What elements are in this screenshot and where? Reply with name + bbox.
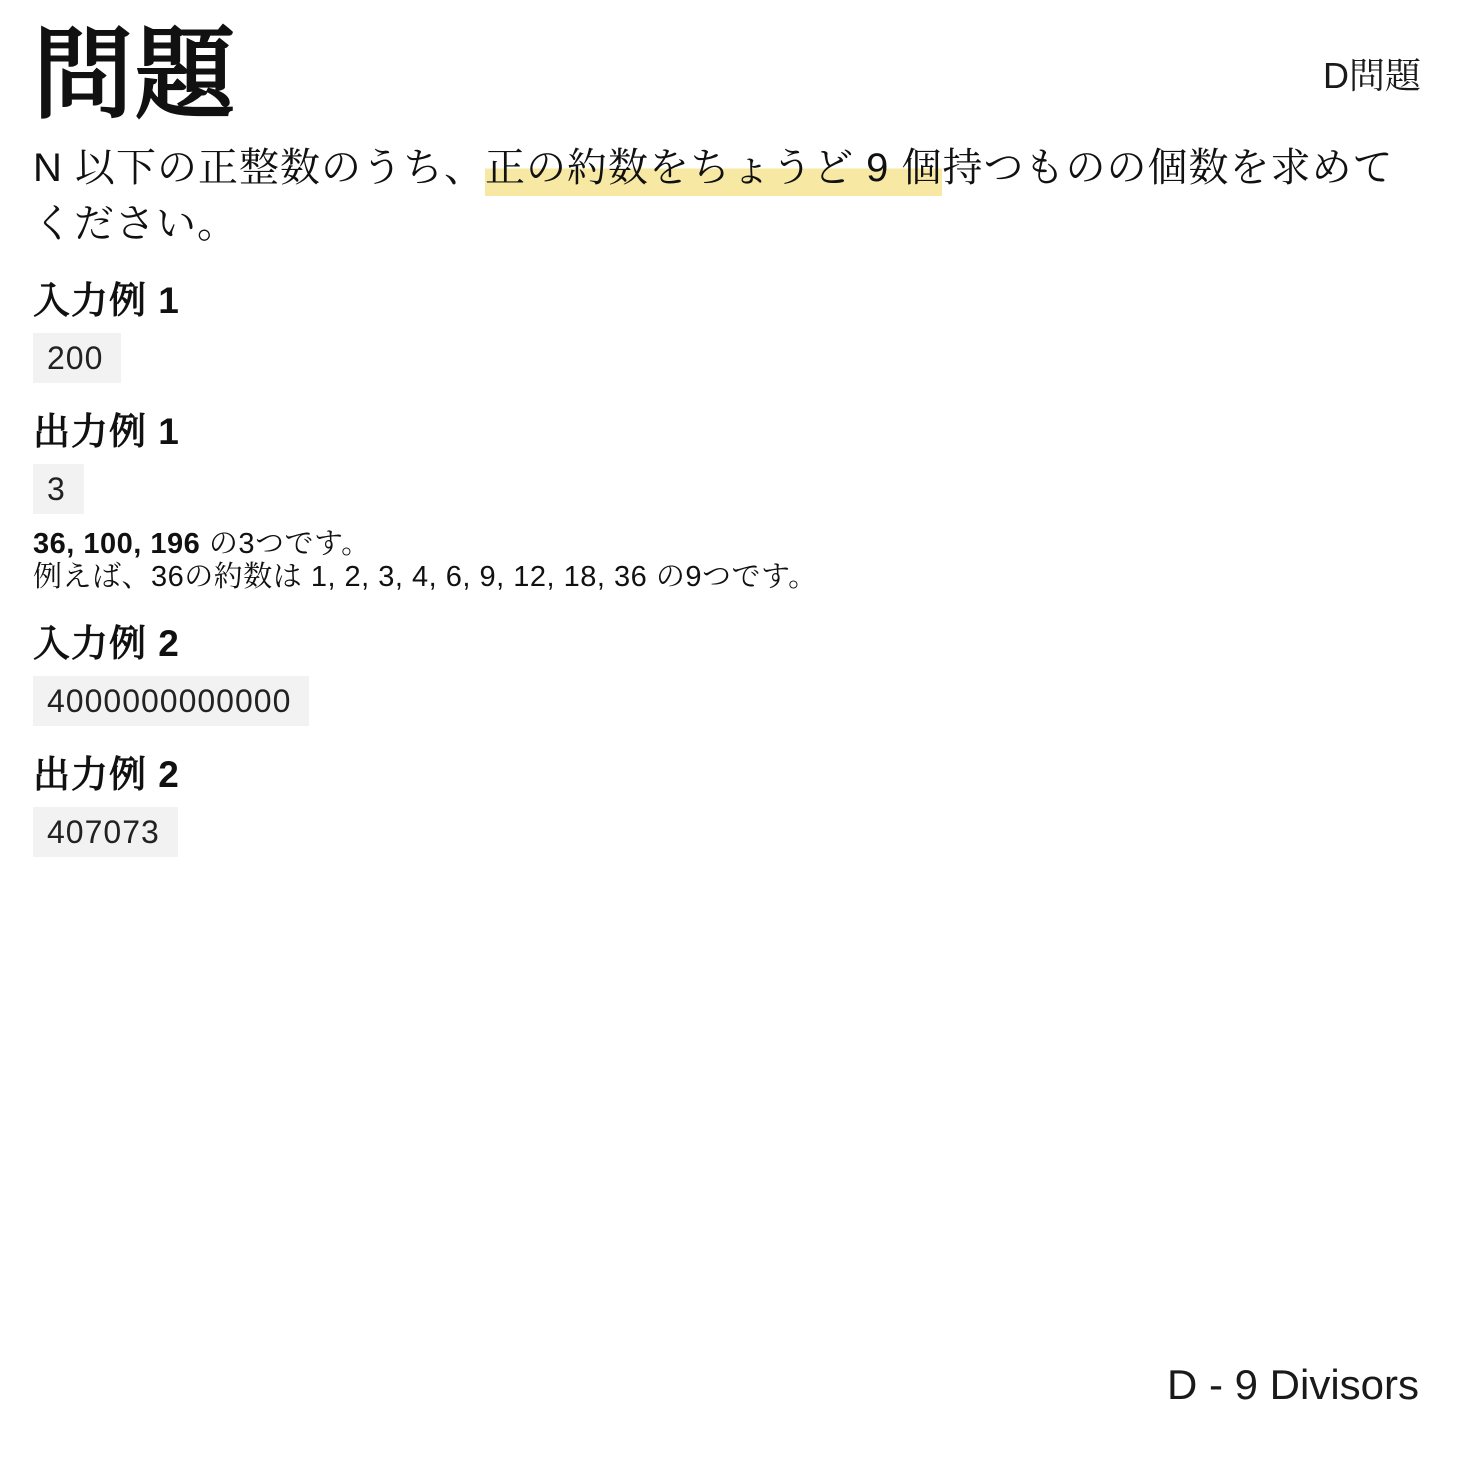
input-example-1-heading: 入力例 1 xyxy=(33,270,1421,324)
page-title: 問題 xyxy=(33,24,237,126)
sample-input-1-section: 入力例 1 200 xyxy=(33,270,1421,383)
output-example-1-explanation: 36, 100, 196 の3つです。例えば、36の約数は 1, 2, 3, 4… xyxy=(33,528,1421,595)
output-example-2-value: 407073 xyxy=(33,807,178,857)
input-example-1-row: 200 xyxy=(33,333,1421,383)
explanation-bold-numbers: 36, 100, 196 xyxy=(33,528,200,560)
output-example-1-value: 3 xyxy=(33,464,84,514)
statement-highlighted-text: 正の約数をちょうど 9 個 xyxy=(485,146,942,196)
statement-pre-text: N 以下の正整数のうち、 xyxy=(33,146,485,190)
page-header: 問題 D問題 xyxy=(33,24,1421,126)
problem-page: 問題 D問題 N 以下の正整数のうち、正の約数をちょうど 9 個持つものの個数を… xyxy=(0,0,1461,1461)
sample-output-1-section: 出力例 1 3 36, 100, 196 の3つです。例えば、36の約数は 1,… xyxy=(33,401,1421,595)
problem-letter-label: D問題 xyxy=(1323,48,1421,99)
explanation-line1-rest: の3つです。 xyxy=(200,528,370,560)
input-example-1-value: 200 xyxy=(33,333,121,383)
sample-output-2-section: 出力例 2 407073 xyxy=(33,744,1421,857)
input-example-2-value: 4000000000000 xyxy=(33,676,309,726)
output-example-2-row: 407073 xyxy=(33,807,1421,857)
sample-input-2-section: 入力例 2 4000000000000 xyxy=(33,613,1421,726)
input-example-2-row: 4000000000000 xyxy=(33,676,1421,726)
problem-statement: N 以下の正整数のうち、正の約数をちょうど 9 個持つものの個数を求めてください… xyxy=(33,140,1421,252)
problem-id-label: D - 9 Divisors xyxy=(1167,1361,1419,1409)
output-example-2-heading: 出力例 2 xyxy=(33,744,1421,798)
input-example-2-heading: 入力例 2 xyxy=(33,613,1421,667)
explanation-line2: 例えば、36の約数は 1, 2, 3, 4, 6, 9, 12, 18, 36 … xyxy=(33,561,818,593)
output-example-1-heading: 出力例 1 xyxy=(33,401,1421,455)
output-example-1-row: 3 xyxy=(33,464,1421,514)
